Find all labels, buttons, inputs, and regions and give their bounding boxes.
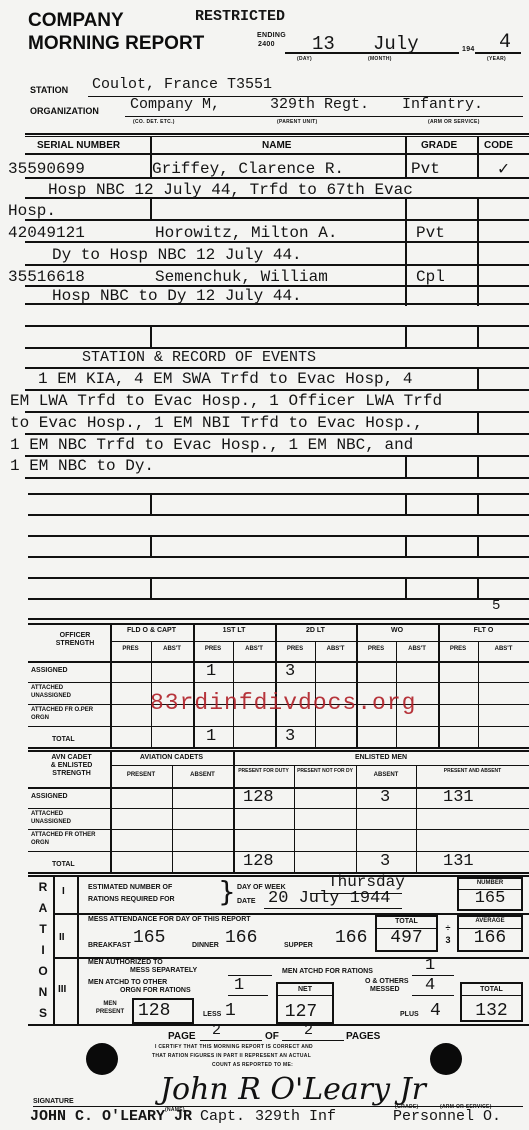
group-aviation-cadets: AVIATION CADETS (110, 754, 233, 761)
col-header-name: NAME (262, 140, 291, 151)
men-atchd-other-label-1: MEN ATCHD TO OTHER (88, 979, 167, 986)
station-label: STATION (30, 85, 68, 95)
divide-by-three-sign: ÷ 3 (443, 922, 453, 946)
soldier-name: Semenchuk, William (155, 268, 328, 286)
soldier-remark: Hosp NBC 12 July 44, Trfd to 67th Evac (48, 181, 413, 199)
men-atchd-other-label-2: ORGN FOR RATIONS (120, 987, 191, 994)
em-absent-total: 3 (380, 852, 390, 871)
subcol-abst: ABS'T (233, 646, 275, 652)
section-iii-numeral: III (58, 984, 66, 995)
station-value[interactable]: Coulot, France T3551 (92, 76, 272, 93)
subcol-abst: ABS'T (151, 646, 193, 652)
page-number: 2 (212, 1022, 221, 1039)
officer-group-flt-o: FLT O (438, 627, 529, 634)
pages-label: PAGES (346, 1031, 380, 1042)
supper-value[interactable]: 166 (335, 928, 367, 948)
estimated-rations-label-2: RATIONS REQUIRED FOR (88, 896, 175, 903)
serial-number: 35590699 (8, 160, 85, 178)
event-line: 1 EM NBC Trfd to Evac Hosp., 1 EM NBC, a… (10, 436, 413, 454)
form-title-company: COMPANY (28, 10, 124, 32)
page-label: PAGE (168, 1031, 196, 1042)
men-atchd-rations-label: MEN ATCHD FOR RATIONS (282, 968, 373, 975)
org-caption-arm: (ARM OR SERVICE) (428, 119, 480, 125)
average-label: AVERAGE (457, 918, 523, 924)
signer-grade: Capt. (200, 1108, 245, 1125)
col-av-absent: ABSENT (172, 772, 233, 778)
others-messed-value[interactable]: 4 (425, 976, 435, 995)
men-atchd-rations-value[interactable]: 1 (425, 956, 435, 975)
status-code-check-icon: ✓ (498, 158, 509, 180)
organization-arm[interactable]: Infantry. (402, 96, 483, 113)
subcol-abst: ABS'T (396, 646, 438, 652)
estimated-rations-label-1: ESTIMATED NUMBER OF (88, 884, 172, 891)
col-av-present: PRESENT (110, 772, 172, 778)
punch-hole-left (86, 1043, 118, 1075)
certify-line-3: COUNT AS REPORTED TO ME: (212, 1062, 293, 1068)
ending-label: ENDING (257, 32, 286, 39)
classification-label: RESTRICTED (195, 8, 285, 25)
officer-group-1st-lt: 1ST LT (193, 627, 275, 634)
officer-row-label-assigned: ASSIGNED (31, 667, 68, 674)
rations-total-label: TOTAL (460, 986, 523, 993)
officer-2d-lt-total: 3 (285, 727, 295, 746)
signer-unit: 329th Inf (255, 1108, 336, 1125)
section-i-numeral: I (62, 886, 65, 897)
others-messed-label-1: O & OTHERS (365, 978, 409, 985)
col-header-code: CODE (484, 140, 513, 151)
soldier-name: Griffey, Clarence R. (152, 160, 344, 178)
soldier-name: Horowitz, Milton A. (155, 224, 337, 242)
signer-name: JOHN C. O'LEARY JR (30, 1108, 192, 1125)
others-messed-label-2: MESSED (370, 986, 400, 993)
officer-row-label-attached-other: ATTACHED FR O.PER ORGN (31, 706, 101, 722)
officer-strength-title: OFFICER STRENGTH (40, 632, 110, 648)
signature-label: SIGNATURE (33, 1098, 74, 1105)
dinner-value[interactable]: 166 (225, 928, 257, 948)
total-pages: 2 (304, 1022, 313, 1039)
punch-hole-right (430, 1043, 462, 1075)
org-caption-co: (CO. DET. ETC.) (133, 119, 175, 125)
event-line: to Evac Hosp., 1 EM NBI Trfd to Evac Hos… (10, 414, 423, 432)
less-value[interactable]: 1 (225, 1001, 236, 1021)
form-title-morning-report: MORNING REPORT (28, 33, 204, 55)
breakfast-label: BREAKFAST (88, 942, 131, 949)
col-absent: ABSENT (356, 772, 416, 778)
officer-1st-lt-total: 1 (206, 727, 216, 746)
soldier-remark: Dy to Hosp NBC 12 July 44. (52, 246, 302, 264)
rations-total-value[interactable]: 132 (460, 1001, 523, 1021)
mess-total-label: TOTAL (375, 918, 438, 925)
enlisted-row-label-assigned: ASSIGNED (31, 793, 68, 800)
number-value[interactable]: 165 (457, 889, 523, 908)
enlisted-row-label-attached-other: ATTACHED FR OTHER ORGN (31, 831, 101, 847)
date-label: DATE (237, 898, 256, 905)
soldier-remark: Hosp NBC to Dy 12 July 44. (52, 287, 302, 305)
col-present-and-absent: PRESENT AND ABSENT (416, 768, 529, 775)
margin-mark: 5 (492, 598, 500, 614)
number-label: NUMBER (457, 880, 523, 886)
officer-group-wo: WO (356, 627, 438, 634)
average-value[interactable]: 166 (457, 928, 523, 948)
officer-row-label-attached-unassigned: ATTACHED UNASSIGNED (31, 684, 101, 700)
enlisted-strength-title: AVN CADET & ENLISTED STRENGTH (34, 754, 109, 778)
certify-line-1: I CERTIFY THAT THIS MORNING REPORT IS CO… (155, 1044, 313, 1050)
subcol-pres: PRES (110, 646, 151, 652)
em-present-absent-total: 131 (443, 852, 474, 871)
plus-label: PLUS (400, 1011, 419, 1018)
mess-total-value[interactable]: 497 (375, 928, 438, 948)
soldier-grade: Pvt (411, 160, 440, 178)
supper-label: SUPPER (284, 942, 313, 949)
brace-icon: } (218, 877, 236, 907)
subcol-pres: PRES (275, 646, 315, 652)
enlisted-row-label-attached-unassigned: ATTACHED UNASSIGNED (31, 810, 101, 826)
col-header-grade: GRADE (421, 140, 457, 151)
date-value[interactable]: 20 July 1944 (268, 889, 390, 908)
col-header-serial: SERIAL NUMBER (37, 140, 120, 151)
soldier-grade: Cpl (416, 268, 445, 286)
serial-number: 35516618 (8, 268, 85, 286)
subcol-pres: PRES (438, 646, 478, 652)
report-day[interactable]: 13 (312, 33, 335, 55)
men-authorized-label-1: MEN AUTHORIZED TO (88, 959, 163, 966)
em-present-absent-assigned: 131 (443, 788, 474, 807)
men-present-label: MEN PRESENT (90, 1000, 130, 1016)
net-value[interactable]: 127 (276, 1002, 326, 1022)
subcol-abst: ABS'T (478, 646, 529, 652)
year-caption: (YEAR) (487, 56, 506, 62)
organization-label: ORGANIZATION (30, 106, 99, 116)
certify-line-2: THAT RATION FIGURES IN PART II REPRESENT… (152, 1053, 311, 1059)
mess-attendance-label: MESS ATTENDANCE FOR DAY OF THIS REPORT (88, 916, 251, 923)
men-present-value[interactable]: 128 (138, 1001, 170, 1021)
em-present-duty-assigned: 128 (243, 788, 274, 807)
men-authorized-label-2: MESS SEPARATELY (130, 967, 197, 974)
section-ii-numeral: II (59, 932, 65, 943)
breakfast-value[interactable]: 165 (133, 928, 165, 948)
watermark-text: 83rdinfdivdocs.org (150, 690, 416, 716)
record-of-events-title: STATION & RECORD OF EVENTS (82, 349, 316, 366)
of-label: OF (265, 1031, 279, 1042)
event-line: 1 EM KIA, 4 EM SWA Trfd to Evac Hosp, 4 (38, 370, 412, 388)
year-prefix: 194 (462, 46, 475, 53)
month-caption: (MONTH) (368, 56, 392, 62)
col-present-for-duty: PRESENT FOR DUTY (233, 768, 294, 775)
officer-1st-lt-assigned: 1 (206, 662, 216, 681)
serial-number: 42049121 (8, 224, 85, 242)
subcol-pres: PRES (193, 646, 233, 652)
subcol-abst: ABS'T (315, 646, 356, 652)
enlisted-row-label-total: TOTAL (52, 861, 75, 868)
organization-company[interactable]: Company M, (130, 96, 220, 113)
soldier-remark-cont: Hosp. (8, 202, 56, 220)
event-line: EM LWA Trfd to Evac Hosp., 1 Officer LWA… (10, 392, 442, 410)
net-label: NET (276, 986, 334, 993)
dinner-label: DINNER (192, 942, 219, 949)
men-atchd-other-value[interactable]: 1 (234, 976, 244, 995)
officer-row-label-total: TOTAL (52, 736, 75, 743)
day-caption: (DAY) (297, 56, 312, 62)
officer-group-fld-capt: FLD O & CAPT (110, 627, 193, 634)
org-caption-parent: (PARENT UNIT) (277, 119, 317, 125)
em-present-duty-total: 128 (243, 852, 274, 871)
report-year[interactable]: 4 (499, 31, 511, 54)
em-absent-assigned: 3 (380, 788, 390, 807)
subcol-pres: PRES (356, 646, 396, 652)
organization-parent[interactable]: 329th Regt. (270, 96, 369, 113)
event-line: 1 EM NBC to Dy. (10, 457, 154, 475)
officer-group-2d-lt: 2D LT (275, 627, 356, 634)
handwritten-signature: John R O'Leary Jr (160, 1072, 426, 1107)
plus-value[interactable]: 4 (430, 1001, 441, 1021)
col-present-not-for-duty: PRESENT NOT FOR DY (294, 768, 356, 775)
officer-2d-lt-assigned: 3 (285, 662, 295, 681)
less-label: LESS (203, 1011, 221, 1018)
ending-time: 2400 (258, 41, 275, 48)
signer-role: Personnel O. (393, 1108, 501, 1125)
group-enlisted-men: ENLISTED MEN (233, 754, 529, 761)
soldier-grade: Pvt (416, 224, 445, 242)
